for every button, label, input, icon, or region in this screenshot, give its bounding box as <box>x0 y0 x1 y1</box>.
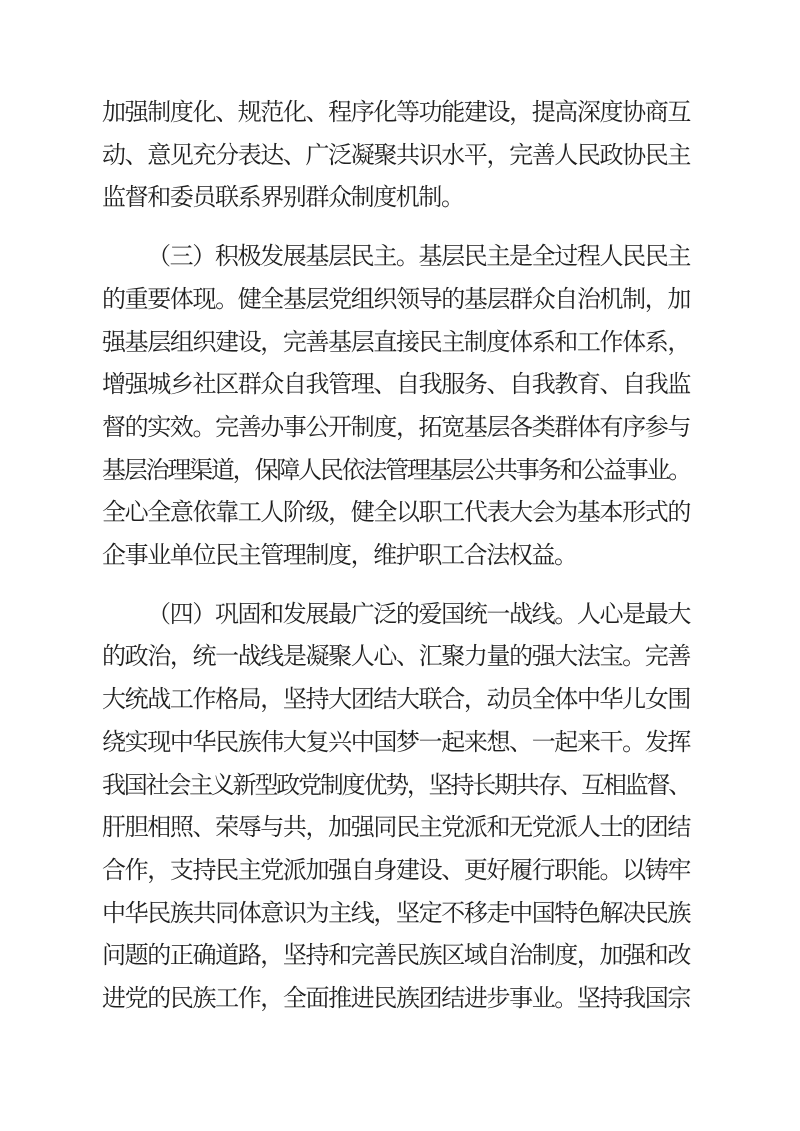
text-line: 的重要体现。健全基层党组织领导的基层群众自治机制，加 <box>102 279 690 322</box>
text-line: 动、意见充分表达、广泛凝聚共识水平，完善人民政协民主 <box>102 135 690 178</box>
text-line: 强基层组织建设，完善基层直接民主制度体系和工作体系， <box>102 322 690 365</box>
text-line: 增强城乡社区群众自我管理、自我服务、自我教育、自我监 <box>102 364 690 407</box>
paragraph: （四）巩固和发展最广泛的爱国统一战线。人心是最大的政治，统一战线是凝聚人心、汇聚… <box>102 594 690 1021</box>
text-line: 加强制度化、规范化、程序化等功能建设，提高深度协商互 <box>102 92 690 135</box>
text-line: 问题的正确道路，坚持和完善民族区域自治制度，加强和改 <box>102 935 690 978</box>
text-line: 全心全意依靠工人阶级，健全以职工代表大会为基本形式的 <box>102 492 690 535</box>
text-line: 监督和委员联系界别群众制度机制。 <box>102 177 690 220</box>
text-line: （四）巩固和发展最广泛的爱国统一战线。人心是最大 <box>102 594 690 637</box>
text-line: 合作，支持民主党派加强自身建设、更好履行职能。以铸牢 <box>102 850 690 893</box>
text-line: 绕实现中华民族伟大复兴中国梦一起来想、一起来干。发挥 <box>102 722 690 765</box>
text-line: 企事业单位民主管理制度，维护职工合法权益。 <box>102 535 690 578</box>
text-line: 中华民族共同体意识为主线，坚定不移走中国特色解决民族 <box>102 893 690 936</box>
text-line: （三）积极发展基层民主。基层民主是全过程人民民主 <box>102 236 690 279</box>
text-line: 基层治理渠道，保障人民依法管理基层公共事务和公益事业。 <box>102 450 690 493</box>
text-line: 的政治，统一战线是凝聚人心、汇聚力量的强大法宝。完善 <box>102 636 690 679</box>
paragraph: 加强制度化、规范化、程序化等功能建设，提高深度协商互动、意见充分表达、广泛凝聚共… <box>102 92 690 220</box>
text-line: 大统战工作格局，坚持大团结大联合，动员全体中华儿女围 <box>102 679 690 722</box>
document-page: 加强制度化、规范化、程序化等功能建设，提高深度协商互动、意见充分表达、广泛凝聚共… <box>0 0 800 1131</box>
paragraph: （三）积极发展基层民主。基层民主是全过程人民民主的重要体现。健全基层党组织领导的… <box>102 236 690 578</box>
text-block: 加强制度化、规范化、程序化等功能建设，提高深度协商互动、意见充分表达、广泛凝聚共… <box>102 92 690 1021</box>
text-line: 我国社会主义新型政党制度优势，坚持长期共存、互相监督、 <box>102 765 690 808</box>
text-line: 进党的民族工作，全面推进民族团结进步事业。坚持我国宗 <box>102 978 690 1021</box>
text-line: 肝胆相照、荣辱与共，加强同民主党派和无党派人士的团结 <box>102 807 690 850</box>
text-line: 督的实效。完善办事公开制度，拓宽基层各类群体有序参与 <box>102 407 690 450</box>
